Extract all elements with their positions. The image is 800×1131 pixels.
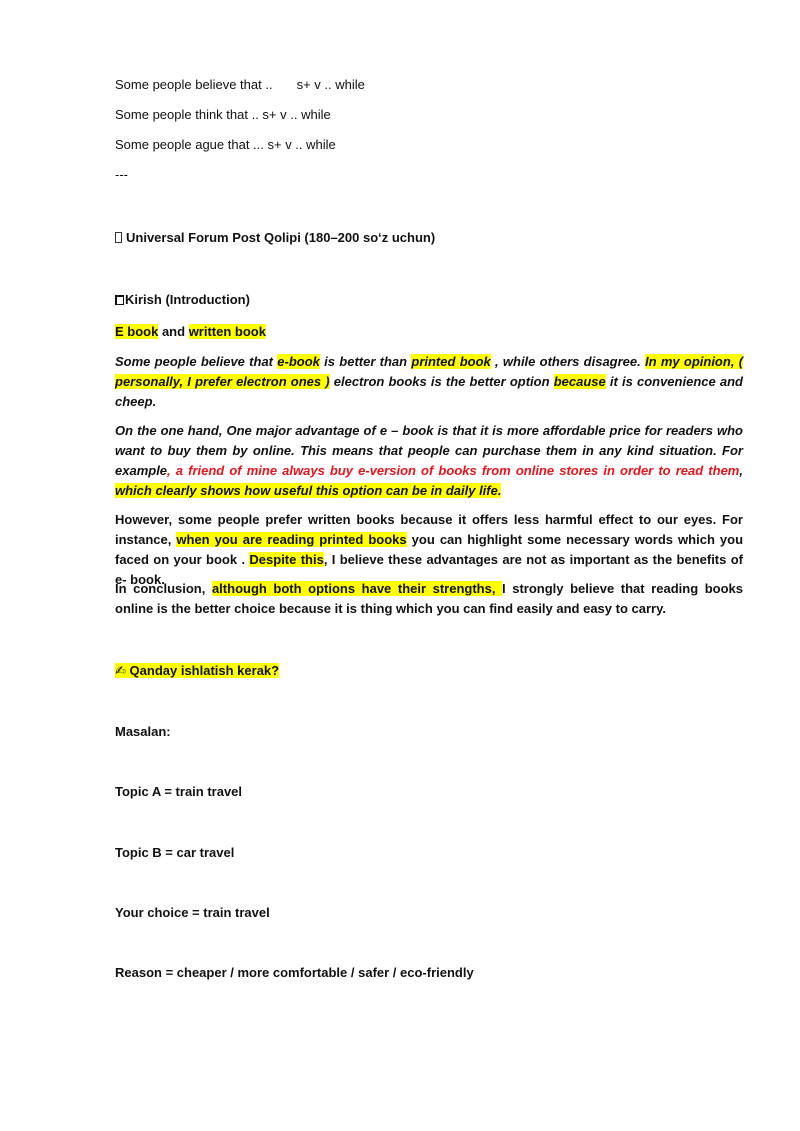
how-to-heading: ✍ Qanday ishlatish kerak? xyxy=(115,661,279,681)
example-topic-a: Topic A = train travel xyxy=(115,782,242,802)
highlight: printed book xyxy=(411,354,490,369)
topic-b: written book xyxy=(189,324,266,339)
template-text: s+ v .. while xyxy=(297,77,365,92)
heading-text: Universal Forum Post Qolipi (180–200 so‘… xyxy=(126,230,435,245)
template-line-2: Some people think that .. s+ v .. while xyxy=(115,105,331,125)
text: In conclusion, xyxy=(115,581,212,596)
heading: Universal Forum Post Qolipi (180–200 so‘… xyxy=(115,228,435,248)
section-heading: Kirish (Introduction) xyxy=(115,290,250,310)
box-icon xyxy=(115,295,124,305)
highlight: which clearly shows how useful this opti… xyxy=(115,483,501,498)
paragraph-body-1: On the one hand, One major advantage of … xyxy=(115,421,743,501)
missing-glyph-icon xyxy=(115,232,122,243)
template-text: Some people believe that .. xyxy=(115,77,273,92)
writing-hand-icon: ✍ xyxy=(115,663,126,678)
how-to-text: Qanday ishlatish kerak? xyxy=(130,663,280,678)
topic-a: E book xyxy=(115,324,158,339)
paragraph-intro: Some people believe that e-book is bette… xyxy=(115,352,743,412)
highlight: although both options have their strengt… xyxy=(212,581,502,596)
highlight: when you are reading printed books xyxy=(176,532,406,547)
text: electron books is the better option xyxy=(330,374,554,389)
highlight: Despite this xyxy=(249,552,323,567)
template-text: Some people think that .. s+ v .. while xyxy=(115,107,331,122)
topic-connector: and xyxy=(158,324,188,339)
text: , while others disagree. xyxy=(491,354,645,369)
text: , xyxy=(739,463,743,478)
template-line-1: Some people believe that ..s+ v .. while xyxy=(115,75,365,95)
example-label: Masalan: xyxy=(115,722,171,742)
paragraph-body-2: However, some people prefer written book… xyxy=(115,510,743,590)
paragraph-conclusion: In conclusion, although both options hav… xyxy=(115,579,743,619)
text: is better than xyxy=(320,354,411,369)
example-choice: Your choice = train travel xyxy=(115,903,270,923)
topic-line: E book and written book xyxy=(115,322,266,342)
red-example-text: , a friend of mine always buy e-version … xyxy=(167,463,739,478)
example-topic-b: Topic B = car travel xyxy=(115,843,234,863)
template-line-3: Some people ague that ... s+ v .. while xyxy=(115,135,336,155)
example-reason: Reason = cheaper / more comfortable / sa… xyxy=(115,963,474,983)
text: Some people believe that xyxy=(115,354,277,369)
highlight: e-book xyxy=(277,354,320,369)
template-text: Some people ague that ... s+ v .. while xyxy=(115,137,336,152)
separator: --- xyxy=(115,165,128,185)
highlight: because xyxy=(554,374,606,389)
section-text: Kirish (Introduction) xyxy=(125,292,250,307)
